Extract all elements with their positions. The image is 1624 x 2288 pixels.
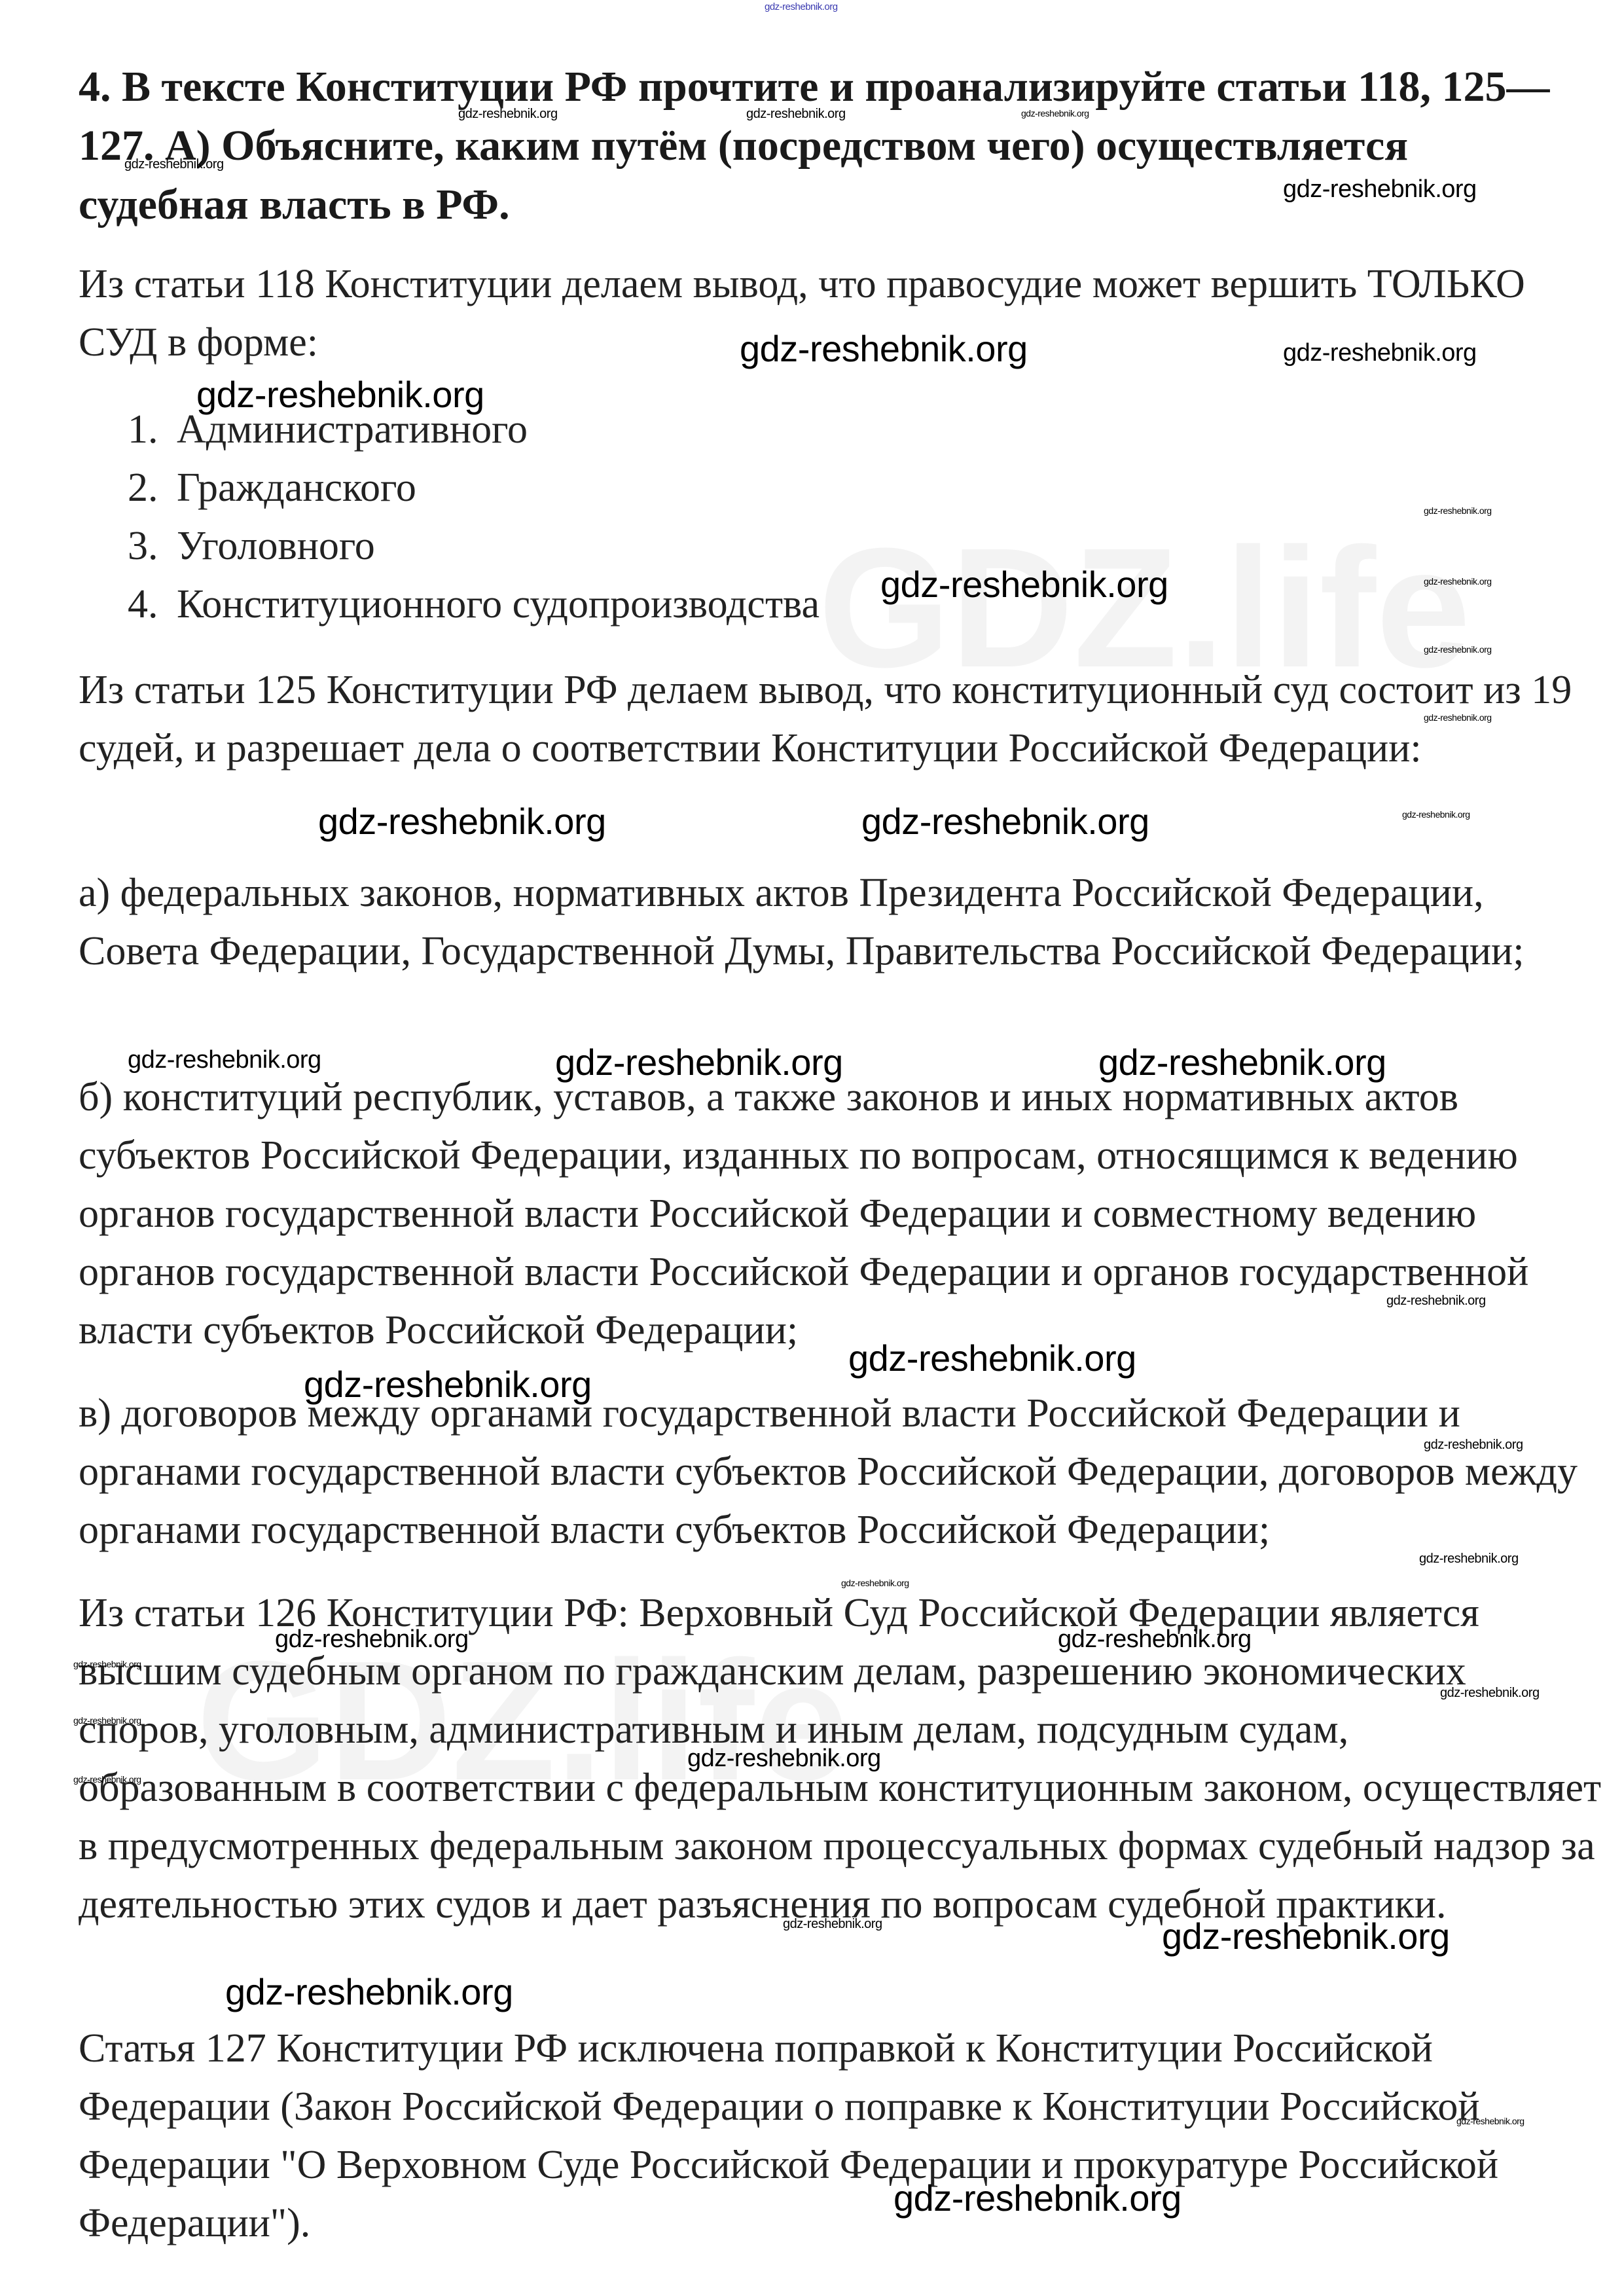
watermark: gdz-reshebnik.org (687, 1745, 881, 1773)
watermark: gdz-reshebnik.org (1283, 175, 1477, 204)
list-item: 4.Конституционного судопроизводства (128, 575, 820, 634)
list-text: Конституционного судопроизводства (177, 575, 820, 634)
watermark: gdz-reshebnik.org (1058, 1625, 1252, 1654)
article-125-intro: Из статьи 125 Конституции РФ делаем выво… (79, 661, 1604, 778)
watermark: gdz-reshebnik.org (1456, 2116, 1525, 2126)
list-number: 1. (128, 401, 177, 459)
list-number: 3. (128, 517, 177, 575)
watermark: gdz-reshebnik.org (73, 1774, 141, 1785)
watermark: gdz-reshebnik.org (746, 107, 846, 122)
watermark: gdz-reshebnik.org (128, 1046, 321, 1074)
header-watermark: gdz-reshebnik.org (765, 1, 838, 12)
watermark: gdz-reshebnik.org (841, 1578, 909, 1588)
watermark: gdz-reshebnik.org (1162, 1915, 1450, 1957)
watermark: gdz-reshebnik.org (880, 563, 1168, 606)
watermark: gdz-reshebnik.org (783, 1917, 882, 1932)
article-125-item-c: в) договоров между органами государствен… (79, 1385, 1604, 1559)
watermark: gdz-reshebnik.org (1283, 339, 1477, 367)
watermark: gdz-reshebnik.org (1424, 644, 1492, 655)
article-125-item-b: б) конституций республик, уставов, а так… (79, 1068, 1604, 1360)
watermark: gdz-reshebnik.org (740, 327, 1028, 370)
watermark: gdz-reshebnik.org (1402, 809, 1470, 820)
watermark: gdz-reshebnik.org (555, 1041, 843, 1083)
article-125-item-a: а) федеральных законов, нормативных акто… (79, 864, 1604, 981)
list-item: 2.Гражданского (128, 459, 820, 517)
watermark: gdz-reshebnik.org (1424, 1438, 1523, 1453)
watermark: gdz-reshebnik.org (1419, 1552, 1519, 1567)
watermark: gdz-reshebnik.org (225, 1970, 513, 2013)
watermark: gdz-reshebnik.org (304, 1363, 592, 1406)
watermark: gdz-reshebnik.org (1021, 108, 1089, 118)
list-item: 3.Уголовного (128, 517, 820, 575)
watermark: gdz-reshebnik.org (1098, 1041, 1386, 1083)
watermark: gdz-reshebnik.org (124, 157, 224, 172)
watermark: gdz-reshebnik.org (73, 1659, 141, 1669)
article-118-forms-list: 1.Административного 2.Гражданского 3.Уго… (128, 401, 820, 634)
watermark: gdz-reshebnik.org (1424, 505, 1492, 516)
watermark: gdz-reshebnik.org (1440, 1686, 1540, 1701)
watermark: gdz-reshebnik.org (1424, 576, 1492, 587)
list-text: Гражданского (177, 459, 416, 517)
list-number: 2. (128, 459, 177, 517)
watermark: gdz-reshebnik.org (1386, 1294, 1486, 1309)
question-title: 4. В тексте Конституции РФ прочтите и пр… (79, 58, 1584, 234)
watermark: gdz-reshebnik.org (848, 1337, 1136, 1379)
watermark: gdz-reshebnik.org (1424, 712, 1492, 723)
watermark: gdz-reshebnik.org (275, 1625, 469, 1654)
watermark: gdz-reshebnik.org (318, 800, 606, 843)
watermark: gdz-reshebnik.org (73, 1715, 141, 1726)
list-number: 4. (128, 575, 177, 634)
watermark: gdz-reshebnik.org (196, 373, 484, 416)
watermark: gdz-reshebnik.org (458, 107, 558, 122)
watermark: gdz-reshebnik.org (861, 800, 1149, 843)
article-127-text: Статья 127 Конституции РФ исключена попр… (79, 2020, 1604, 2253)
watermark: gdz-reshebnik.org (893, 2177, 1182, 2219)
document-page: GDZ.life GDZ.life gdz-reshebnik.org 4. В… (0, 0, 1624, 2288)
list-text: Уголовного (177, 517, 375, 575)
